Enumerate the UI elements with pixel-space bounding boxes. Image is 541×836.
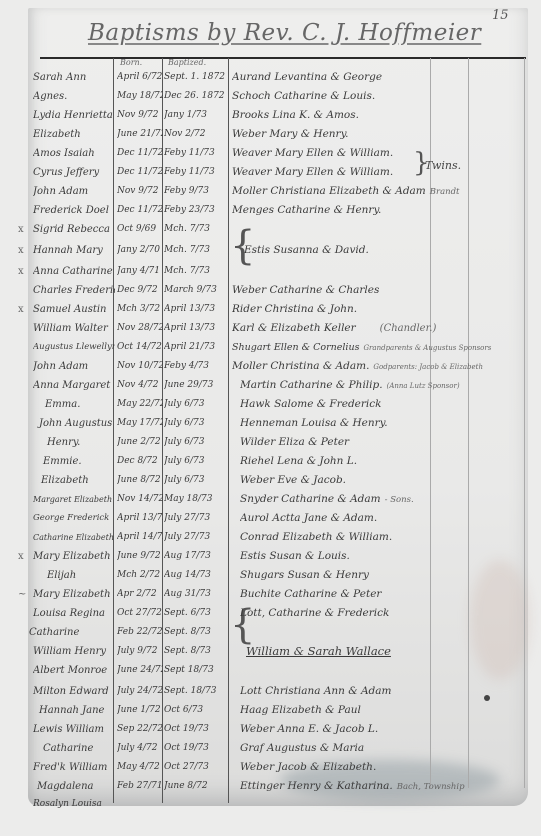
baptism-date: April 13/73 [164, 299, 226, 320]
baptism-date: Oct 6/73 [164, 700, 226, 721]
baptism-date: April 13/73 [164, 318, 226, 339]
parents: Rider Christina & John. [232, 299, 532, 320]
child-name: Henry. [33, 432, 129, 453]
baptism-date: Sept. 8/73 [164, 641, 226, 662]
parents: Weber Mary & Henry. [232, 124, 532, 145]
baptism-date: July 6/73 [164, 413, 226, 434]
baptism-date: Oct 27/73 [164, 757, 226, 778]
parents-names: Riehel Lena & John L. [240, 455, 357, 467]
parents-names: Weaver Mary Ellen & William. [232, 166, 393, 178]
baptism-date: June 29/73 [164, 375, 226, 396]
table-row: Elizabeth June 21/72 Nov 2/72 Weber Mary… [0, 124, 541, 145]
entry-note: (Chandler.) [380, 323, 437, 334]
parents-names: Weber Mary & Henry. [232, 128, 348, 140]
parents: Estis Susan & Louis. [240, 546, 540, 567]
parents: Riehel Lena & John L. [240, 451, 540, 472]
child-name: George Frederick [33, 508, 115, 529]
parents: Henneman Louisa & Henry. [240, 413, 540, 434]
parents: Martin Catharine & Philip.(Anna Lutz Spo… [240, 375, 540, 396]
parents: Wilder Eliza & Peter [240, 432, 540, 453]
child-name: Fred'k William [33, 757, 115, 778]
table-row: x Anna Catharine Jany 4/71 Mch. 7/73 [0, 261, 541, 282]
child-name: Frederick Doel [33, 200, 115, 221]
birth-date: Jany 4/71 [117, 261, 163, 282]
child-name: Albert Monroe [33, 660, 115, 681]
birth-date: July 24/72 [117, 681, 163, 702]
child-name: Sarah Ann [33, 67, 115, 88]
child-name: Catharine [29, 622, 111, 643]
child-name: John Adam [33, 356, 115, 377]
table-row: Emma. May 22/72 July 6/73 Hawk Salome & … [0, 394, 541, 415]
parents-names: Weaver Mary Ellen & William. [232, 147, 393, 159]
parents-names: Lott Christiana Ann & Adam [240, 685, 391, 697]
birth-date: Dec 11/72 [117, 143, 163, 164]
birth-date: Nov 9/72 [117, 105, 163, 126]
column-header-baptized: Baptized. [168, 58, 206, 67]
birth-date: June 2/72 [117, 432, 163, 453]
birth-date: June 8/72 [117, 470, 163, 491]
birth-date: May 4/72 [117, 757, 163, 778]
parents-names: Hawk Salome & Frederick [240, 398, 382, 410]
birth-date: Jany 2/70 [117, 240, 163, 261]
parents [232, 794, 532, 815]
check-mark: x [18, 240, 24, 261]
table-row: Elijah Mch 2/72 Aug 14/73 Shugars Susan … [0, 565, 541, 586]
table-row: Rosalyn Louisa [0, 794, 541, 815]
entry-note: (Anna Lutz Sponsor) [387, 382, 460, 390]
table-row: Milton Edward July 24/72 Sept. 18/73 Lot… [0, 681, 541, 702]
child-name: Agnes. [33, 86, 115, 107]
parents: William & Sarah Wallace [246, 641, 541, 662]
child-name: William Henry [33, 641, 115, 662]
birth-date: Oct 27/72 [117, 603, 163, 624]
check-mark: ~ [18, 584, 26, 605]
child-name: Anna Margaret [33, 375, 115, 396]
parents [232, 219, 532, 240]
parents-names: Shugart Ellen & Cornelius [232, 342, 359, 353]
child-name: Charles Frederick [33, 280, 115, 301]
parents-names: William & Sarah Wallace [246, 644, 391, 658]
parents: Estis Susanna & David. [244, 240, 541, 261]
birth-date: Nov 28/72 [117, 318, 163, 339]
baptism-date: Mch. 7/73 [164, 261, 226, 282]
table-row: Albert Monroe June 24/72 Sept 18/73 [0, 660, 541, 681]
parents-names: Estis Susan & Louis. [240, 550, 350, 562]
baptism-date: Feby 23/73 [164, 200, 226, 221]
table-row: John Adam Nov 9/72 Feby 9/73 Moller Chri… [0, 181, 541, 202]
parents-names: Aurol Actta Jane & Adam. [240, 512, 377, 524]
parents: Aurol Actta Jane & Adam. [240, 508, 540, 529]
birth-date: June 9/72 [117, 546, 163, 567]
check-mark: x [18, 261, 24, 282]
parents-names: Rider Christina & John. [232, 303, 357, 315]
parents [232, 622, 532, 643]
parents-names: Brooks Lina K. & Amos. [232, 109, 359, 121]
parents: Moller Christiana Elizabeth & AdamBrandt [232, 181, 532, 202]
birth-date: May 18/72 [117, 86, 163, 107]
child-name: Hannah Mary [33, 240, 115, 261]
check-mark: x [18, 299, 24, 320]
baptism-date: Dec 26. 1872 [164, 86, 226, 107]
baptism-date: Sept 18/73 [164, 660, 226, 681]
table-row: John Adam Nov 10/72 Feby 4/73 Moller Chr… [0, 356, 541, 377]
parents-names: Moller Christiana Elizabeth & Adam [232, 185, 426, 197]
birth-date: Sep 22/72 [117, 719, 163, 740]
parents-names: Weber Eve & Jacob. [240, 474, 346, 486]
birth-date: July 4/72 [117, 738, 163, 759]
birth-date: April 14/72 [117, 527, 163, 548]
child-name: Cyrus Jeffery [33, 162, 115, 183]
parents-names: Haag Elizabeth & Paul [240, 704, 361, 716]
baptism-date: Aug 17/73 [164, 546, 226, 567]
child-name: Samuel Austin [33, 299, 115, 320]
parents: Menges Catharine & Henry. [232, 200, 532, 221]
parents-names: Ettinger Henry & Katharina. [240, 780, 393, 792]
birth-date: May 17/72 [117, 413, 163, 434]
parents-names: Wilder Eliza & Peter [240, 436, 349, 448]
table-row: William Walter Nov 28/72 April 13/73 Kar… [0, 318, 541, 339]
table-row: William Henry July 9/72 Sept. 8/73 Willi… [0, 641, 541, 662]
child-name: Hannah Jane [33, 700, 121, 721]
table-row: ~ Mary Elizabeth Apr 2/72 Aug 31/73 Buch… [0, 584, 541, 605]
table-row: Catharine July 4/72 Oct 19/73 Graf Augus… [0, 738, 541, 759]
child-name: Amos Isaiah [33, 143, 115, 164]
parents: Shugart Ellen & CorneliusGrandparents & … [232, 337, 532, 358]
baptism-date: Nov 2/72 [164, 124, 226, 145]
table-row: Margaret Elizabeth Nov 14/72 May 18/73 S… [0, 489, 541, 510]
parents: Karl & Elizabeth Keller(Chandler.) [232, 318, 532, 339]
child-name: Margaret Elizabeth [33, 489, 115, 510]
table-row: Hannah Jane June 1/72 Oct 6/73 Haag Eliz… [0, 700, 541, 721]
birth-date: Nov 4/72 [117, 375, 163, 396]
birth-date: May 22/72 [117, 394, 163, 415]
baptism-date: Aug 14/73 [164, 565, 226, 586]
table-row: Fred'k William May 4/72 Oct 27/73 Weber … [0, 757, 541, 778]
child-name: Elizabeth [33, 124, 115, 145]
page-title: Baptisms by Rev. C. J. Hoffmeier [88, 20, 481, 46]
parents: Weber Catharine & Charles [232, 280, 532, 301]
table-row: Lydia Henrietta Nov 9/72 Jany 1/73 Brook… [0, 105, 541, 126]
birth-date: Feb 22/72 [117, 622, 163, 643]
child-name: John Augustus [33, 413, 121, 434]
child-name: Elijah [33, 565, 129, 586]
birth-date: Nov 14/72 [117, 489, 163, 510]
table-row: x Samuel Austin Mch 3/72 April 13/73 Rid… [0, 299, 541, 320]
parents-names: Buchite Catharine & Peter [240, 588, 381, 600]
parents: Weaver Mary Ellen & William. [232, 143, 532, 164]
parents-names: Henneman Louisa & Henry. [240, 417, 388, 429]
parents: Weber Jacob & Elizabeth. [240, 757, 540, 778]
baptism-date: May 18/73 [164, 489, 226, 510]
table-row: Frederick Doel Dec 11/72 Feby 23/73 Meng… [0, 200, 541, 221]
table-row: Henry. June 2/72 July 6/73 Wilder Eliza … [0, 432, 541, 453]
child-name: Rosalyn Louisa [33, 794, 115, 815]
parents-names: Graf Augustus & Maria [240, 742, 364, 754]
baptism-date: Jany 1/73 [164, 105, 226, 126]
parents: Graf Augustus & Maria [240, 738, 540, 759]
baptism-date: Feby 11/73 [164, 143, 226, 164]
parents-names: Weber Anna E. & Jacob L. [240, 723, 378, 735]
table-row: John Augustus May 17/72 July 6/73 Hennem… [0, 413, 541, 434]
parents-names: Aurand Levantina & George [232, 71, 382, 83]
baptism-date: Oct 19/73 [164, 719, 226, 740]
parents: Weber Eve & Jacob. [240, 470, 540, 491]
parents: Aurand Levantina & George [232, 67, 532, 88]
baptism-date: April 21/73 [164, 337, 226, 358]
parents-names: Weber Jacob & Elizabeth. [240, 761, 376, 773]
table-row: Catharine Feb 22/72 Sept. 8/73 [0, 622, 541, 643]
baptism-date: Sept. 1. 1872 [164, 67, 226, 88]
child-name: Sigrid Rebecca [33, 219, 115, 240]
table-row: x Sigrid Rebecca Oct 9/69 Mch. 7/73 [0, 219, 541, 240]
birth-date: Dec 11/72 [117, 200, 163, 221]
parents-names: Snyder Catharine & Adam [240, 493, 381, 505]
birth-date: Oct 14/72 [117, 337, 163, 358]
entry-note: Brandt [430, 187, 460, 197]
child-name: Emmie. [33, 451, 125, 472]
parents: Schoch Catharine & Louis. [232, 86, 532, 107]
parents-names: Moller Christina & Adam. [232, 360, 369, 372]
parents: Lott Christiana Ann & Adam [240, 681, 540, 702]
parents: Moller Christina & Adam.Godparents: Jaco… [232, 356, 532, 377]
child-name: Lydia Henrietta [33, 105, 115, 126]
table-row: Emmie. Dec 8/72 July 6/73 Riehel Lena & … [0, 451, 541, 472]
birth-date: July 9/72 [117, 641, 163, 662]
birth-date: Apr 2/72 [117, 584, 163, 605]
birth-date: June 1/72 [117, 700, 163, 721]
baptism-date: Oct 19/73 [164, 738, 226, 759]
child-name: Catharine [33, 738, 125, 759]
birth-date: June 21/72 [117, 124, 163, 145]
child-name: Mary Elizabeth [33, 546, 115, 567]
child-name: William Walter [33, 318, 115, 339]
child-name: Elizabeth [33, 470, 123, 491]
baptism-date: July 6/73 [164, 470, 226, 491]
baptism-date: Aug 31/73 [164, 584, 226, 605]
birth-date: April 6/72 [117, 67, 163, 88]
parents: Buchite Catharine & Peter [240, 584, 540, 605]
birth-date: Nov 9/72 [117, 181, 163, 202]
baptism-date [164, 794, 226, 815]
baptism-date: July 6/73 [164, 394, 226, 415]
parents: Snyder Catharine & Adam- Sons. [240, 489, 540, 510]
baptism-date: Sept. 6/73 [164, 603, 226, 624]
parents-names: Menges Catharine & Henry. [232, 204, 381, 216]
baptism-date: July 27/73 [164, 508, 226, 529]
check-mark: x [18, 219, 24, 240]
table-row: x Mary Elizabeth June 9/72 Aug 17/73 Est… [0, 546, 541, 567]
parents: Weaver Mary Ellen & William. [232, 162, 417, 183]
parents: Conrad Elizabeth & William. [240, 527, 540, 548]
parents: Haag Elizabeth & Paul [240, 700, 540, 721]
baptism-date: Mch. 7/73 [164, 240, 226, 261]
child-name: Lewis William [33, 719, 115, 740]
table-row: Louisa Regina Oct 27/72 Sept. 6/73 Lott,… [0, 603, 541, 624]
table-row: Elizabeth June 8/72 July 6/73 Weber Eve … [0, 470, 541, 491]
parents-names: Weber Catharine & Charles [232, 284, 379, 296]
table-row: Agnes. May 18/72 Dec 26. 1872 Schoch Cat… [0, 86, 541, 107]
column-header-born: Born. [120, 58, 142, 67]
parents-names: Martin Catharine & Philip. [240, 379, 383, 391]
check-mark: x [18, 546, 24, 567]
birth-date: Nov 10/72 [117, 356, 163, 377]
parents-names: Conrad Elizabeth & William. [240, 531, 392, 543]
birth-date: Mch 3/72 [117, 299, 163, 320]
parents-names: Karl & Elizabeth Keller [232, 322, 356, 334]
child-name: Louisa Regina [33, 603, 115, 624]
birth-date [117, 794, 163, 815]
birth-date: Oct 9/69 [117, 219, 163, 240]
birth-date: Dec 9/72 [117, 280, 163, 301]
child-name: John Adam [33, 181, 115, 202]
entry-note: Godparents: Jacob & Elizabeth [373, 363, 483, 371]
parents: Brooks Lina K. & Amos. [232, 105, 532, 126]
entry-note: Bach, Township [397, 782, 465, 792]
baptism-date: March 9/73 [164, 280, 226, 301]
baptism-date: July 27/73 [164, 527, 226, 548]
table-row: Sarah Ann April 6/72 Sept. 1. 1872 Auran… [0, 67, 541, 88]
table-row: Augustus Llewellyn Oct 14/72 April 21/73… [0, 337, 541, 358]
table-row: Anna Margaret Nov 4/72 June 29/73 Martin… [0, 375, 541, 396]
parents [232, 261, 532, 282]
table-row: x Hannah Mary Jany 2/70 Mch. 7/73 Estis … [0, 240, 541, 261]
baptism-date: Feby 4/73 [164, 356, 226, 377]
baptism-date: July 6/73 [164, 432, 226, 453]
table-row: Amos Isaiah Dec 11/72 Feby 11/73 Weaver … [0, 143, 541, 164]
birth-date: Dec 11/72 [117, 162, 163, 183]
birth-date: April 13/72 [117, 508, 163, 529]
baptism-date: Feby 11/73 [164, 162, 226, 183]
parents: Lott, Catharine & Frederick [240, 603, 540, 624]
baptism-date: Mch. 7/73 [164, 219, 226, 240]
table-row: Cyrus Jeffery Dec 11/72 Feby 11/73 Weave… [0, 162, 541, 183]
entry-note: Grandparents & Augustus Sponsors [363, 344, 491, 352]
birth-date: Mch 2/72 [117, 565, 163, 586]
child-name: Mary Elizabeth [33, 584, 115, 605]
table-row: Lewis William Sep 22/72 Oct 19/73 Weber … [0, 719, 541, 740]
baptism-date: Sept. 8/73 [164, 622, 226, 643]
parents-names: Shugars Susan & Henry [240, 569, 369, 581]
parents [232, 660, 532, 681]
parents-names: Estis Susanna & David. [244, 244, 369, 256]
parents-names: Lott, Catharine & Frederick [240, 607, 389, 619]
child-name: Emma. [33, 394, 127, 415]
child-name: Catharine Elizabeth [33, 527, 115, 548]
child-name: Augustus Llewellyn [33, 337, 115, 358]
parents: Weber Anna E. & Jacob L. [240, 719, 540, 740]
baptism-date: July 6/73 [164, 451, 226, 472]
table-row: Charles Frederick Dec 9/72 March 9/73 We… [0, 280, 541, 301]
entry-note: - Sons. [385, 495, 414, 505]
birth-date: June 24/72 [117, 660, 163, 681]
parents: Hawk Salome & Frederick [240, 394, 540, 415]
child-name: Anna Catharine [33, 261, 115, 282]
baptism-date: Feby 9/73 [164, 181, 226, 202]
baptism-date: Sept. 18/73 [164, 681, 226, 702]
table-row: George Frederick April 13/72 July 27/73 … [0, 508, 541, 529]
table-row: Catharine Elizabeth April 14/72 July 27/… [0, 527, 541, 548]
page-number: 15 [492, 8, 509, 23]
parents-names: Schoch Catharine & Louis. [232, 90, 375, 102]
parents: Shugars Susan & Henry [240, 565, 540, 586]
birth-date: Dec 8/72 [117, 451, 163, 472]
child-name: Milton Edward [33, 681, 115, 702]
